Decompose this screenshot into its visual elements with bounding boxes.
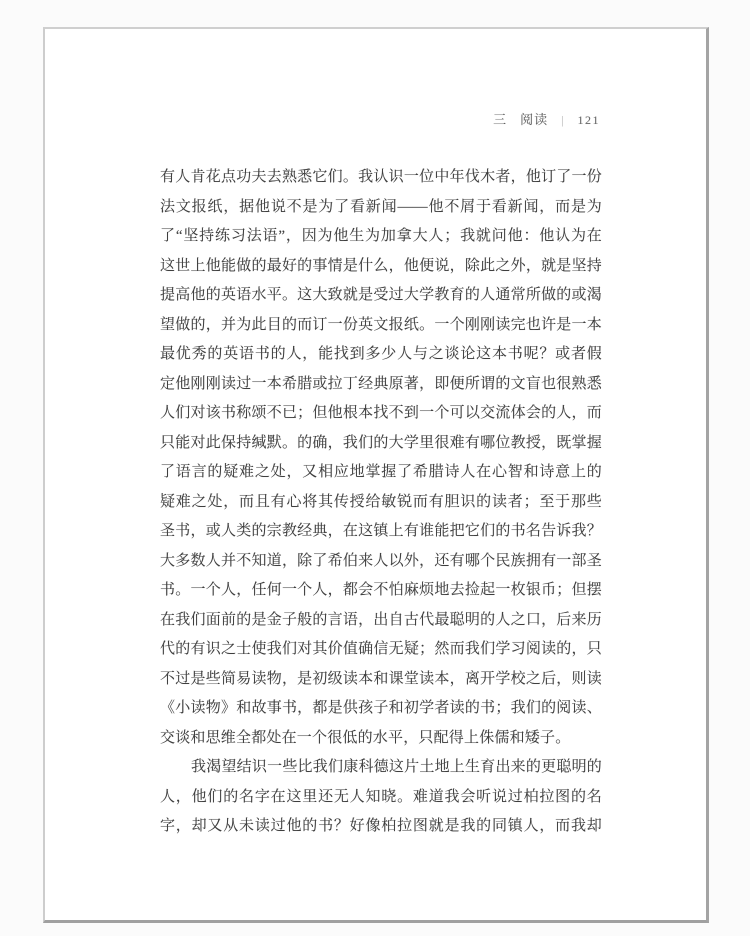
- text-line: 人，他们的名字在这里还无人知晓。难道我会听说过柏拉图的名: [160, 783, 602, 813]
- text-line: 交谈和思维全都处在一个很低的水平，只配得上侏儒和矮子。: [160, 724, 602, 754]
- text-line: 不过是些简易读物，是初级读本和课堂读本，离开学校之后，则读: [160, 665, 602, 695]
- text-line: 代的有识之士使我们对其价值确信无疑；然而我们学习阅读的，只: [160, 635, 602, 665]
- text-line: 了“坚持练习法语”，因为他生为加拿大人；我就问他：他认为在: [160, 222, 602, 252]
- page-number: 121: [578, 113, 601, 128]
- scan-background: 三 阅读 | 121 有人肯花点功夫去熟悉它们。我认识一位中年伐木者，他订了一份…: [0, 0, 750, 936]
- running-header: 三 阅读 | 121: [493, 109, 600, 128]
- text-line: 只能对此保持缄默。的确，我们的大学里很难有哪位教授，既掌握: [160, 429, 602, 459]
- text-line: 望做的，并为此目的而订一份英文报纸。一个刚刚读完也许是一本: [160, 311, 602, 341]
- text-line: 在我们面前的是金子般的言语，出自古代最聪明的人之口，后来历: [160, 606, 602, 636]
- text-line: 提高他的英语水平。这大致就是受过大学教育的人通常所做的或渴: [160, 281, 602, 311]
- text-line: 有人肯花点功夫去熟悉它们。我认识一位中年伐木者，他订了一份: [160, 163, 602, 193]
- text-line: 人们对该书称颂不已；但他根本找不到一个可以交流体会的人，而: [160, 399, 602, 429]
- text-line: 书。一个人，任何一个人，都会不怕麻烦地去捡起一枚银币；但摆: [160, 576, 602, 606]
- text-line: 圣书，或人类的宗教经典，在这镇上有谁能把它们的书名告诉我？: [160, 517, 602, 547]
- text-line: 我渴望结识一些比我们康科德这片土地上生育出来的更聪明的: [160, 753, 602, 783]
- text-line: 字，却又从未读过他的书？好像柏拉图就是我的同镇人，而我却: [160, 812, 602, 842]
- book-page: 三 阅读 | 121 有人肯花点功夫去熟悉它们。我认识一位中年伐木者，他订了一份…: [43, 27, 709, 923]
- text-line: 这世上他能做的最好的事情是什么，他便说，除此之外，就是坚持: [160, 252, 602, 282]
- chapter-title: 阅读: [520, 109, 548, 128]
- text-line: 《小读物》和故事书，都是供孩子和初学者读的书；我们的阅读、: [160, 694, 602, 724]
- text-line: 疑难之处，而且有心将其传授给敏锐而有胆识的读者；至于那些: [160, 488, 602, 518]
- text-line: 法文报纸，据他说不是为了看新闻——他不屑于看新闻，而是为: [160, 193, 602, 223]
- header-separator: |: [562, 113, 564, 128]
- text-line: 了语言的疑难之处，又相应地掌握了希腊诗人在心智和诗意上的: [160, 458, 602, 488]
- paragraph-2: 我渴望结识一些比我们康科德这片土地上生育出来的更聪明的 人，他们的名字在这里还无…: [160, 753, 602, 842]
- text-line: 大多数人并不知道，除了希伯来人以外，还有哪个民族拥有一部圣: [160, 547, 602, 577]
- text-line: 定他刚刚读过一本希腊或拉丁经典原著，即便所谓的文盲也很熟悉: [160, 370, 602, 400]
- chapter-number: 三: [493, 109, 507, 128]
- paragraph-1: 有人肯花点功夫去熟悉它们。我认识一位中年伐木者，他订了一份 法文报纸，据他说不是…: [160, 163, 602, 753]
- body-text: 有人肯花点功夫去熟悉它们。我认识一位中年伐木者，他订了一份 法文报纸，据他说不是…: [160, 163, 602, 842]
- text-line: 最优秀的英语书的人，能找到多少人与之谈论这本书呢？或者假: [160, 340, 602, 370]
